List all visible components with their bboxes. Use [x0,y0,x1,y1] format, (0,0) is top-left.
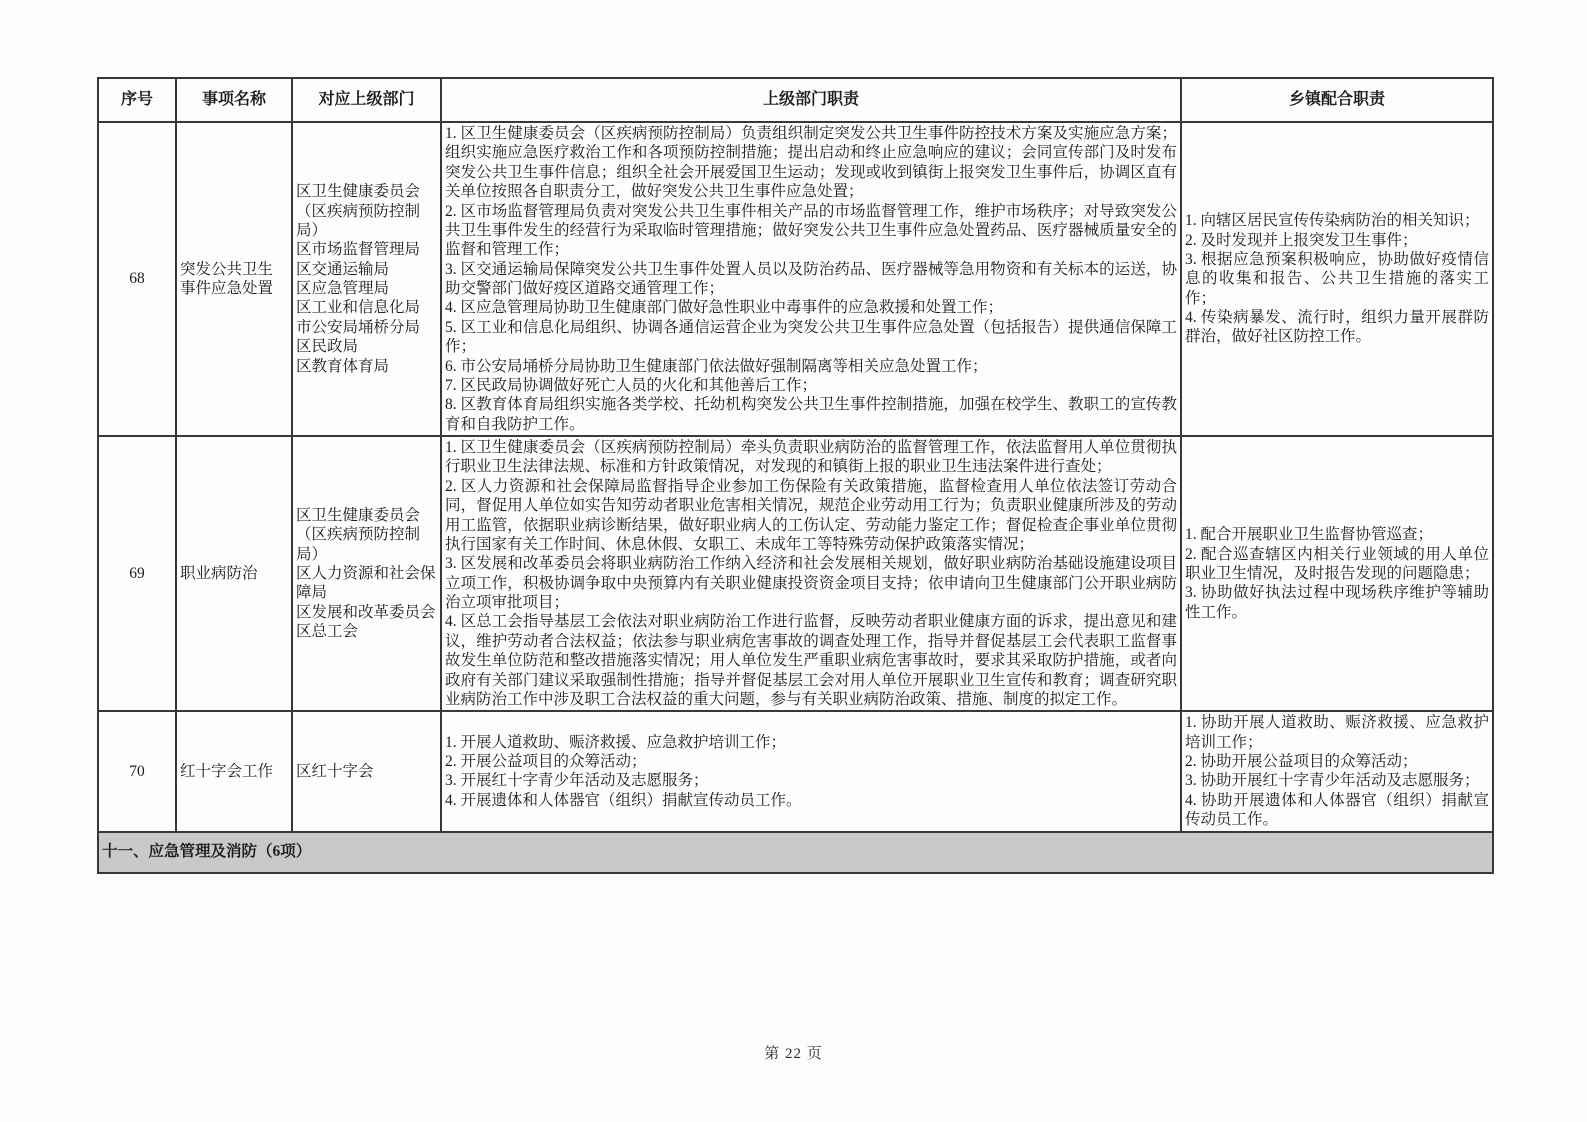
seq-cell: 69 [98,436,176,711]
item-name-cell: 突发公共卫生事件应急处置 [176,122,292,436]
departments-cell: 区红十字会 [292,711,441,831]
township-duties-cell: 1. 配合开展职业卫生监督协管巡查；2. 配合巡查辖区内相关行业领域的用人单位职… [1181,436,1493,711]
seq-cell: 70 [98,711,176,831]
document-page: 序号 事项名称 对应上级部门 上级部门职责 乡镇配合职责 68 突发公共卫生事件… [0,0,1587,1122]
departments-cell: 区卫生健康委员会（区疾病预防控制局）区人力资源和社会保障局区发展和改革委员会区总… [292,436,441,711]
superior-duties-cell: 1. 区卫生健康委员会（区疾病预防控制局）负责组织制定突发公共卫生事件防控技术方… [441,122,1181,436]
table-header-row: 序号 事项名称 对应上级部门 上级部门职责 乡镇配合职责 [98,78,1493,122]
table-row-70: 70 红十字会工作 区红十字会 1. 开展人道救助、赈济救援、应急救护培训工作；… [98,711,1493,831]
column-header-township-duties: 乡镇配合职责 [1181,78,1493,122]
section-band-row: 十一、应急管理及消防（6项） [98,832,1493,873]
township-duties-cell: 1. 向辖区居民宣传传染病防治的相关知识；2. 及时发现并上报突发卫生事件；3.… [1181,122,1493,436]
item-name-cell: 职业病防治 [176,436,292,711]
table-row-69: 69 职业病防治 区卫生健康委员会（区疾病预防控制局）区人力资源和社会保障局区发… [98,436,1493,711]
departments-cell: 区卫生健康委员会（区疾病预防控制局）区市场监督管理局区交通运输局区应急管理局区工… [292,122,441,436]
section-title: 十一、应急管理及消防（6项） [98,832,1493,873]
seq-cell: 68 [98,122,176,436]
table-row-68: 68 突发公共卫生事件应急处置 区卫生健康委员会（区疾病预防控制局）区市场监督管… [98,122,1493,436]
page-number: 第 22 页 [0,1042,1587,1063]
column-header-departments: 对应上级部门 [292,78,441,122]
superior-duties-cell: 1. 区卫生健康委员会（区疾病预防控制局）牵头负责职业病防治的监督管理工作，依法… [441,436,1181,711]
responsibility-table: 序号 事项名称 对应上级部门 上级部门职责 乡镇配合职责 68 突发公共卫生事件… [97,77,1494,874]
column-header-seq: 序号 [98,78,176,122]
item-name-cell: 红十字会工作 [176,711,292,831]
column-header-superior-duties: 上级部门职责 [441,78,1181,122]
superior-duties-cell: 1. 开展人道救助、赈济救援、应急救护培训工作；2. 开展公益项目的众筹活动；3… [441,711,1181,831]
township-duties-cell: 1. 协助开展人道救助、赈济救援、应急救护培训工作；2. 协助开展公益项目的众筹… [1181,711,1493,831]
column-header-item-name: 事项名称 [176,78,292,122]
